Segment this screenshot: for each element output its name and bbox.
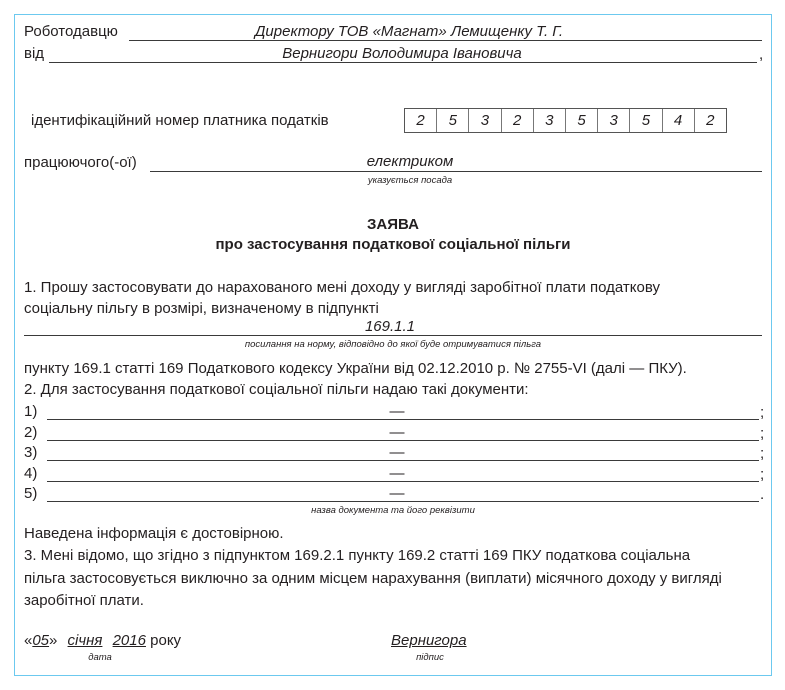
employer-field[interactable]: Директору ТОВ «Магнат» Лемищенку Т. Г. [129, 23, 689, 41]
tax-id-digit[interactable]: 2 [405, 109, 437, 132]
document-item-end-punct: ; [760, 466, 764, 484]
document-item-end-punct: ; [760, 404, 764, 422]
statement-text: Наведена інформація є достовірною. [24, 525, 284, 543]
documents-hint: назва документа та його реквізити [14, 505, 772, 516]
date-close-quote: » [49, 632, 57, 649]
document-item-end-punct: . [760, 486, 764, 504]
para3-line2: пільга застосовується виключно за одним … [24, 570, 722, 588]
document-item-number: 3) [24, 444, 37, 462]
from-field[interactable]: Вернигори Володимира Івановича [22, 45, 782, 63]
position-hint: указується посада [300, 175, 520, 186]
tax-id-digit[interactable]: 2 [502, 109, 534, 132]
signature-hint: підпис [400, 652, 460, 663]
document-item-end-punct: ; [760, 445, 764, 463]
para1-line2: соціальну пільгу в розмірі, визначеному … [24, 300, 379, 318]
tax-id-digit[interactable]: 5 [437, 109, 469, 132]
document-item-field[interactable]: — [47, 465, 747, 483]
from-trailing-comma: , [759, 46, 763, 64]
tax-id-boxes[interactable]: 2532353542 [404, 108, 727, 133]
document-item-field[interactable]: — [47, 444, 747, 462]
subclause-hint: посилання на норму, відповідно до якої б… [14, 339, 772, 350]
page-title: ЗАЯВА [14, 216, 772, 234]
date-month-field[interactable]: січня [62, 632, 109, 649]
para3-line3: заробітної плати. [24, 592, 144, 610]
signature-field[interactable]: Вернигора [391, 632, 467, 650]
tax-id-label: ідентифікаційний номер платника податків [31, 112, 329, 130]
date-day-field[interactable]: 05 [32, 632, 49, 649]
subclause-field[interactable]: 169.1.1 [290, 318, 490, 336]
document-item-field[interactable]: — [47, 485, 747, 503]
date-year-field[interactable]: 2016 [113, 632, 146, 649]
tax-id-digit[interactable]: 4 [663, 109, 695, 132]
document-item-field[interactable]: — [47, 403, 747, 421]
position-underline [150, 171, 762, 172]
tax-id-digit[interactable]: 5 [566, 109, 598, 132]
date-row: «05» січня 2016 року [24, 632, 181, 650]
tax-id-digit[interactable]: 2 [695, 109, 726, 132]
tax-id-digit[interactable]: 3 [598, 109, 630, 132]
tax-id-digit[interactable]: 5 [630, 109, 662, 132]
document-item-number: 1) [24, 403, 37, 421]
page-subtitle: про застосування податкової соціальної п… [14, 236, 772, 254]
employer-label: Роботодавцю [24, 23, 118, 41]
position-label: працюючого(-ої) [24, 154, 137, 172]
para1-line3: пункту 169.1 статті 169 Податкового коде… [24, 360, 687, 378]
position-field[interactable]: електриком [300, 153, 520, 171]
document-item-field[interactable]: — [47, 424, 747, 442]
para2-heading: 2. Для застосування податкової соціально… [24, 381, 529, 399]
document-item-end-punct: ; [760, 425, 764, 443]
date-suffix: року [150, 632, 181, 649]
document-item-number: 4) [24, 465, 37, 483]
date-hint: дата [70, 652, 130, 663]
para3-line1: 3. Мені відомо, що згідно з підпунктом 1… [24, 547, 690, 565]
document-item-number: 5) [24, 485, 37, 503]
para1-line1: 1. Прошу застосовувати до нарахованого м… [24, 279, 660, 297]
document-item-number: 2) [24, 424, 37, 442]
tax-id-digit[interactable]: 3 [469, 109, 501, 132]
tax-id-digit[interactable]: 3 [534, 109, 566, 132]
